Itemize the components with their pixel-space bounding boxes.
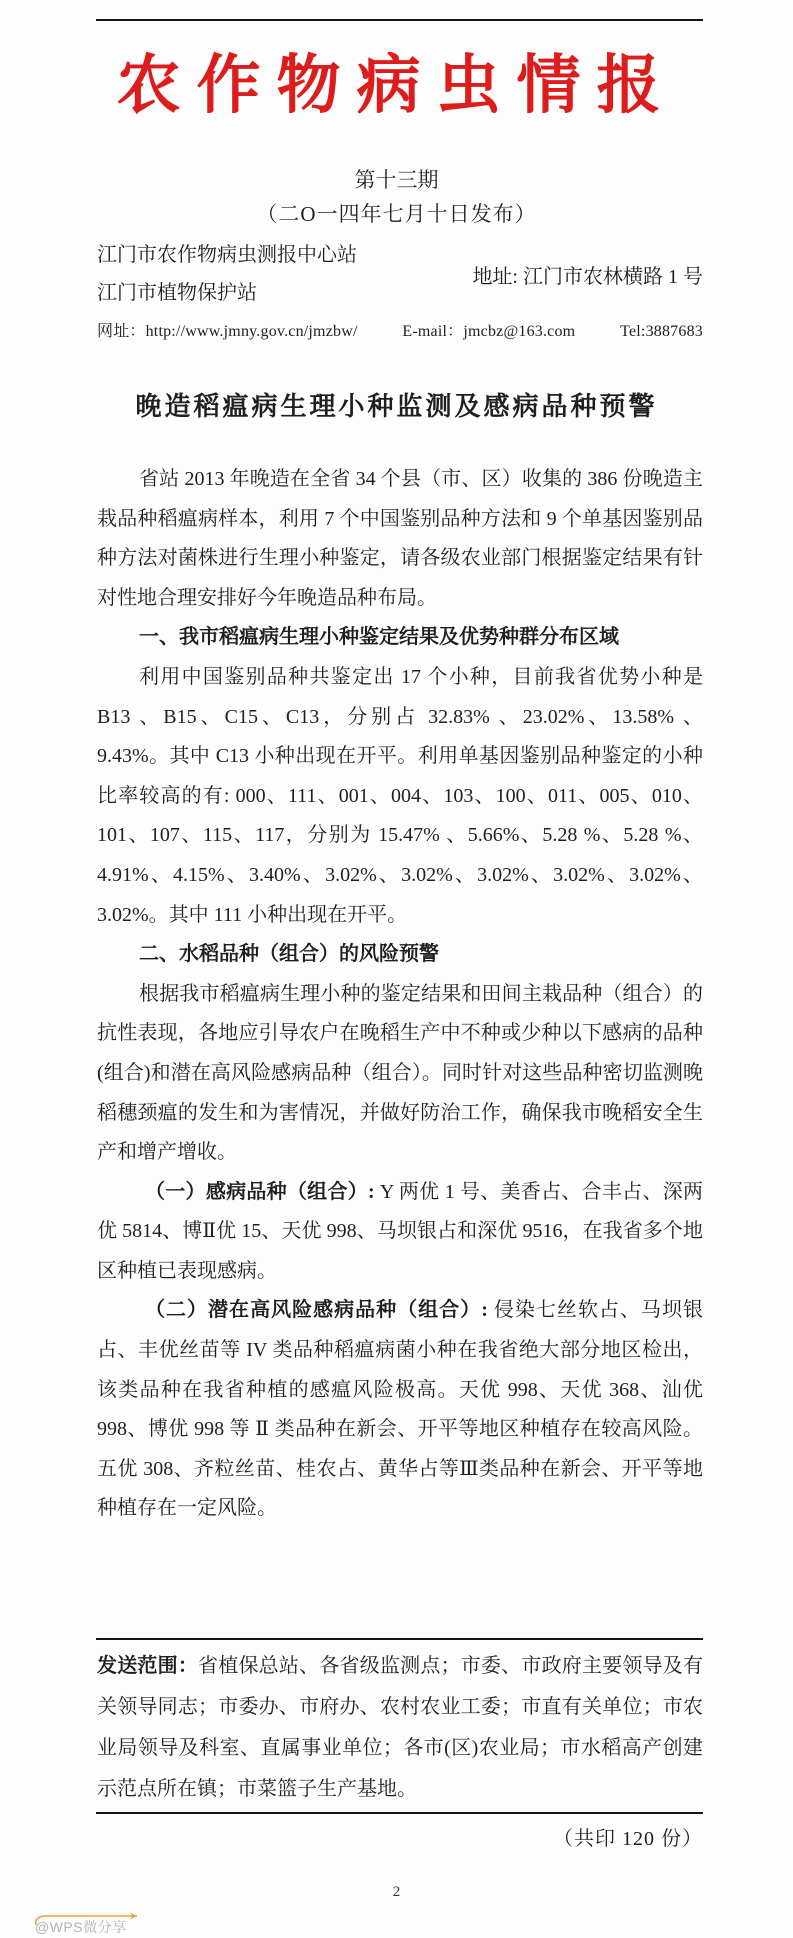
susceptible-varieties-label: （一）感病品种（组合）: bbox=[145, 1181, 375, 1203]
print-count: （共印 120 份） bbox=[97, 1822, 703, 1851]
publish-date: （二O一四年七月十日发布） bbox=[0, 198, 793, 228]
top-divider bbox=[96, 19, 703, 21]
masthead-title: 农作物病虫情报 bbox=[0, 44, 793, 128]
distribution-scope: 发送范围：省植保总站、各省级监测点；市委、市政府主要领导及有关领导同志；市委办、… bbox=[97, 1646, 703, 1810]
section-heading-2: 二、水稻品种（组合）的风险预警 bbox=[97, 935, 703, 975]
page-number: 2 bbox=[0, 1884, 793, 1901]
tel-text: Tel:3887683 bbox=[620, 323, 703, 341]
website-text: 网址：http://www.jmny.gov.cn/jmzbw/ bbox=[97, 318, 358, 341]
wps-share-watermark: @WPS微分享 bbox=[33, 1912, 153, 1936]
organization-names: 江门市农作物病虫测报中心站 江门市植物保护站 bbox=[97, 236, 357, 312]
wps-share-watermark-text: @WPS微分享 bbox=[35, 1917, 127, 1937]
organization-row: 江门市农作物病虫测报中心站 江门市植物保护站 地址: 江门市农林横路 1 号 bbox=[97, 236, 703, 312]
footer-top-divider bbox=[96, 1638, 703, 1640]
section-heading-1: 一、我市稻瘟病生理小种鉴定结果及优势种群分布区域 bbox=[97, 618, 703, 658]
high-risk-varieties-text: 侵染七丝软占、马坝银占、丰优丝苗等 IV 类品种稻瘟病菌小种在我省绝大部分地区检… bbox=[97, 1299, 703, 1519]
paragraph-high-risk-varieties: （二）潜在高风险感病品种（组合）: 侵染七丝软占、马坝银占、丰优丝苗等 IV 类… bbox=[97, 1291, 703, 1529]
paragraph-risk-warning: 根据我市稻瘟病生理小种的鉴定结果和田间主栽品种（组合）的抗性表现，各地应引导农户… bbox=[97, 975, 703, 1173]
issue-number: 第十三期 bbox=[0, 164, 793, 194]
address-line: 地址: 江门市农林横路 1 号 bbox=[472, 260, 703, 289]
paragraph-intro: 省站 2013 年晚造在全省 34 个县（市、区）收集的 386 份晚造主栽品种… bbox=[97, 460, 703, 618]
paragraph-susceptible-varieties: （一）感病品种（组合）: Y 两优 1 号、美香占、合丰占、深两优 5814、博… bbox=[97, 1173, 703, 1292]
org-name-secondary: 江门市植物保护站 bbox=[97, 274, 357, 312]
footer-bottom-divider bbox=[96, 1812, 703, 1814]
article-body: 省站 2013 年晚造在全省 34 个县（市、区）收集的 386 份晚造主栽品种… bbox=[97, 460, 703, 1529]
article-title: 晚造稻瘟病生理小种监测及感病品种预警 bbox=[0, 386, 793, 423]
document-page: 农作物病虫情报 第十三期 （二O一四年七月十日发布） 江门市农作物病虫测报中心站… bbox=[0, 0, 793, 1938]
contact-row: 网址：http://www.jmny.gov.cn/jmzbw/ E-mail：… bbox=[97, 318, 703, 341]
high-risk-varieties-label: （二）潜在高风险感病品种（组合）: bbox=[145, 1299, 488, 1321]
org-name-primary: 江门市农作物病虫测报中心站 bbox=[97, 236, 357, 274]
paragraph-race-results: 利用中国鉴别品种共鉴定出 17 个小种，目前我省优势小种是 B13 、B15、C… bbox=[97, 658, 703, 935]
distribution-scope-label: 发送范围： bbox=[97, 1655, 198, 1677]
email-text: E-mail：jmcbz@163.com bbox=[402, 318, 575, 341]
